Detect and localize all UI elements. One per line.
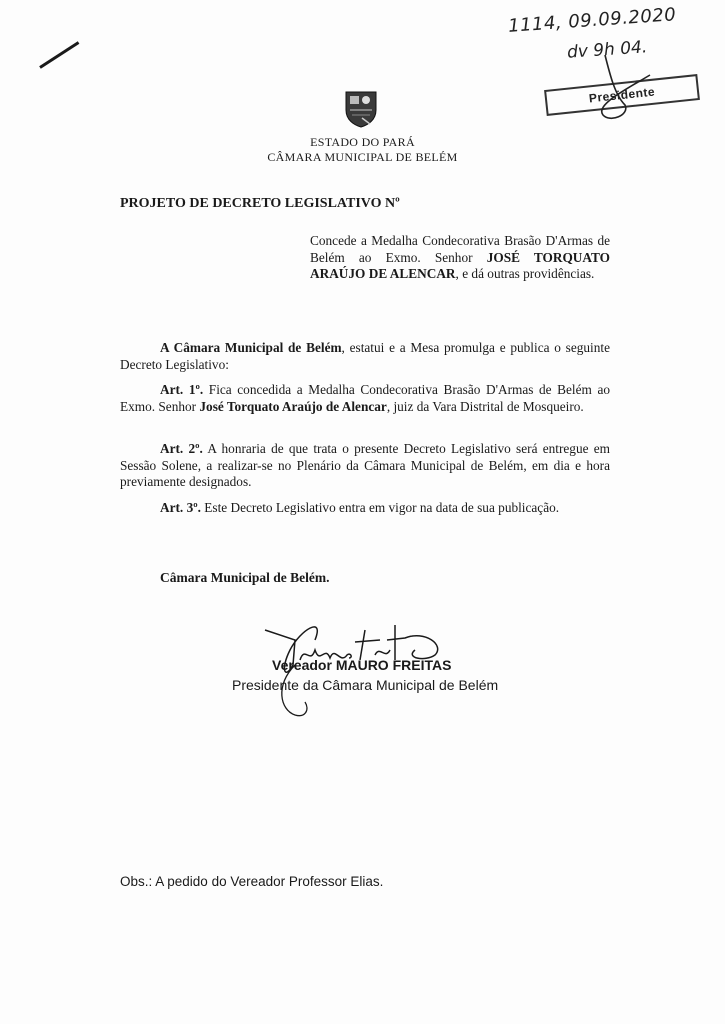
- chamber-header: CÂMARA MUNICIPAL DE BELÉM: [0, 150, 725, 165]
- observation-note: Obs.: A pedido do Vereador Professor Eli…: [120, 874, 383, 889]
- article-2-label: Art. 2º.: [160, 441, 203, 456]
- enacting-clause: A Câmara Municipal de Belém, estatui e a…: [120, 340, 610, 373]
- document-page: 1114, 09.09.2020 dv 9h 04. Presidente ES…: [0, 0, 725, 1024]
- article-1-text-end: , juiz da Vara Distrital de Mosqueiro.: [387, 399, 584, 414]
- signer-role: Presidente da Câmara Municipal de Belém: [232, 677, 498, 693]
- handwritten-slash-mark: [39, 41, 79, 69]
- enacting-body: A Câmara Municipal de Belém: [160, 340, 342, 355]
- protocol-annotation: 1114, 09.09.2020: [507, 4, 676, 37]
- closing-line: Câmara Municipal de Belém.: [160, 570, 329, 586]
- article-1-label: Art. 1º.: [160, 382, 203, 397]
- signer-name: Vereador MAURO FREITAS: [272, 657, 451, 673]
- coat-of-arms-icon: [344, 90, 378, 128]
- state-header: ESTADO DO PARÁ: [0, 135, 725, 150]
- article-2: Art. 2º. A honraria de que trata o prese…: [120, 441, 610, 491]
- article-3: Art. 3º. Este Decreto Legislativo entra …: [120, 500, 610, 517]
- document-title: PROJETO DE DECRETO LEGISLATIVO Nº: [120, 196, 400, 212]
- article-3-label: Art. 3º.: [160, 500, 201, 515]
- article-3-text: Este Decreto Legislativo entra em vigor …: [201, 500, 559, 515]
- article-1: Art. 1º. Fica concedida a Medalha Condec…: [120, 382, 610, 415]
- ementa-summary: Concede a Medalha Condecorativa Brasão D…: [310, 233, 610, 283]
- article-1-honoree: José Torquato Araújo de Alencar: [199, 399, 386, 414]
- stamp-signature-scribble: [585, 45, 655, 125]
- ementa-text-end: , e dá outras providências.: [456, 266, 595, 281]
